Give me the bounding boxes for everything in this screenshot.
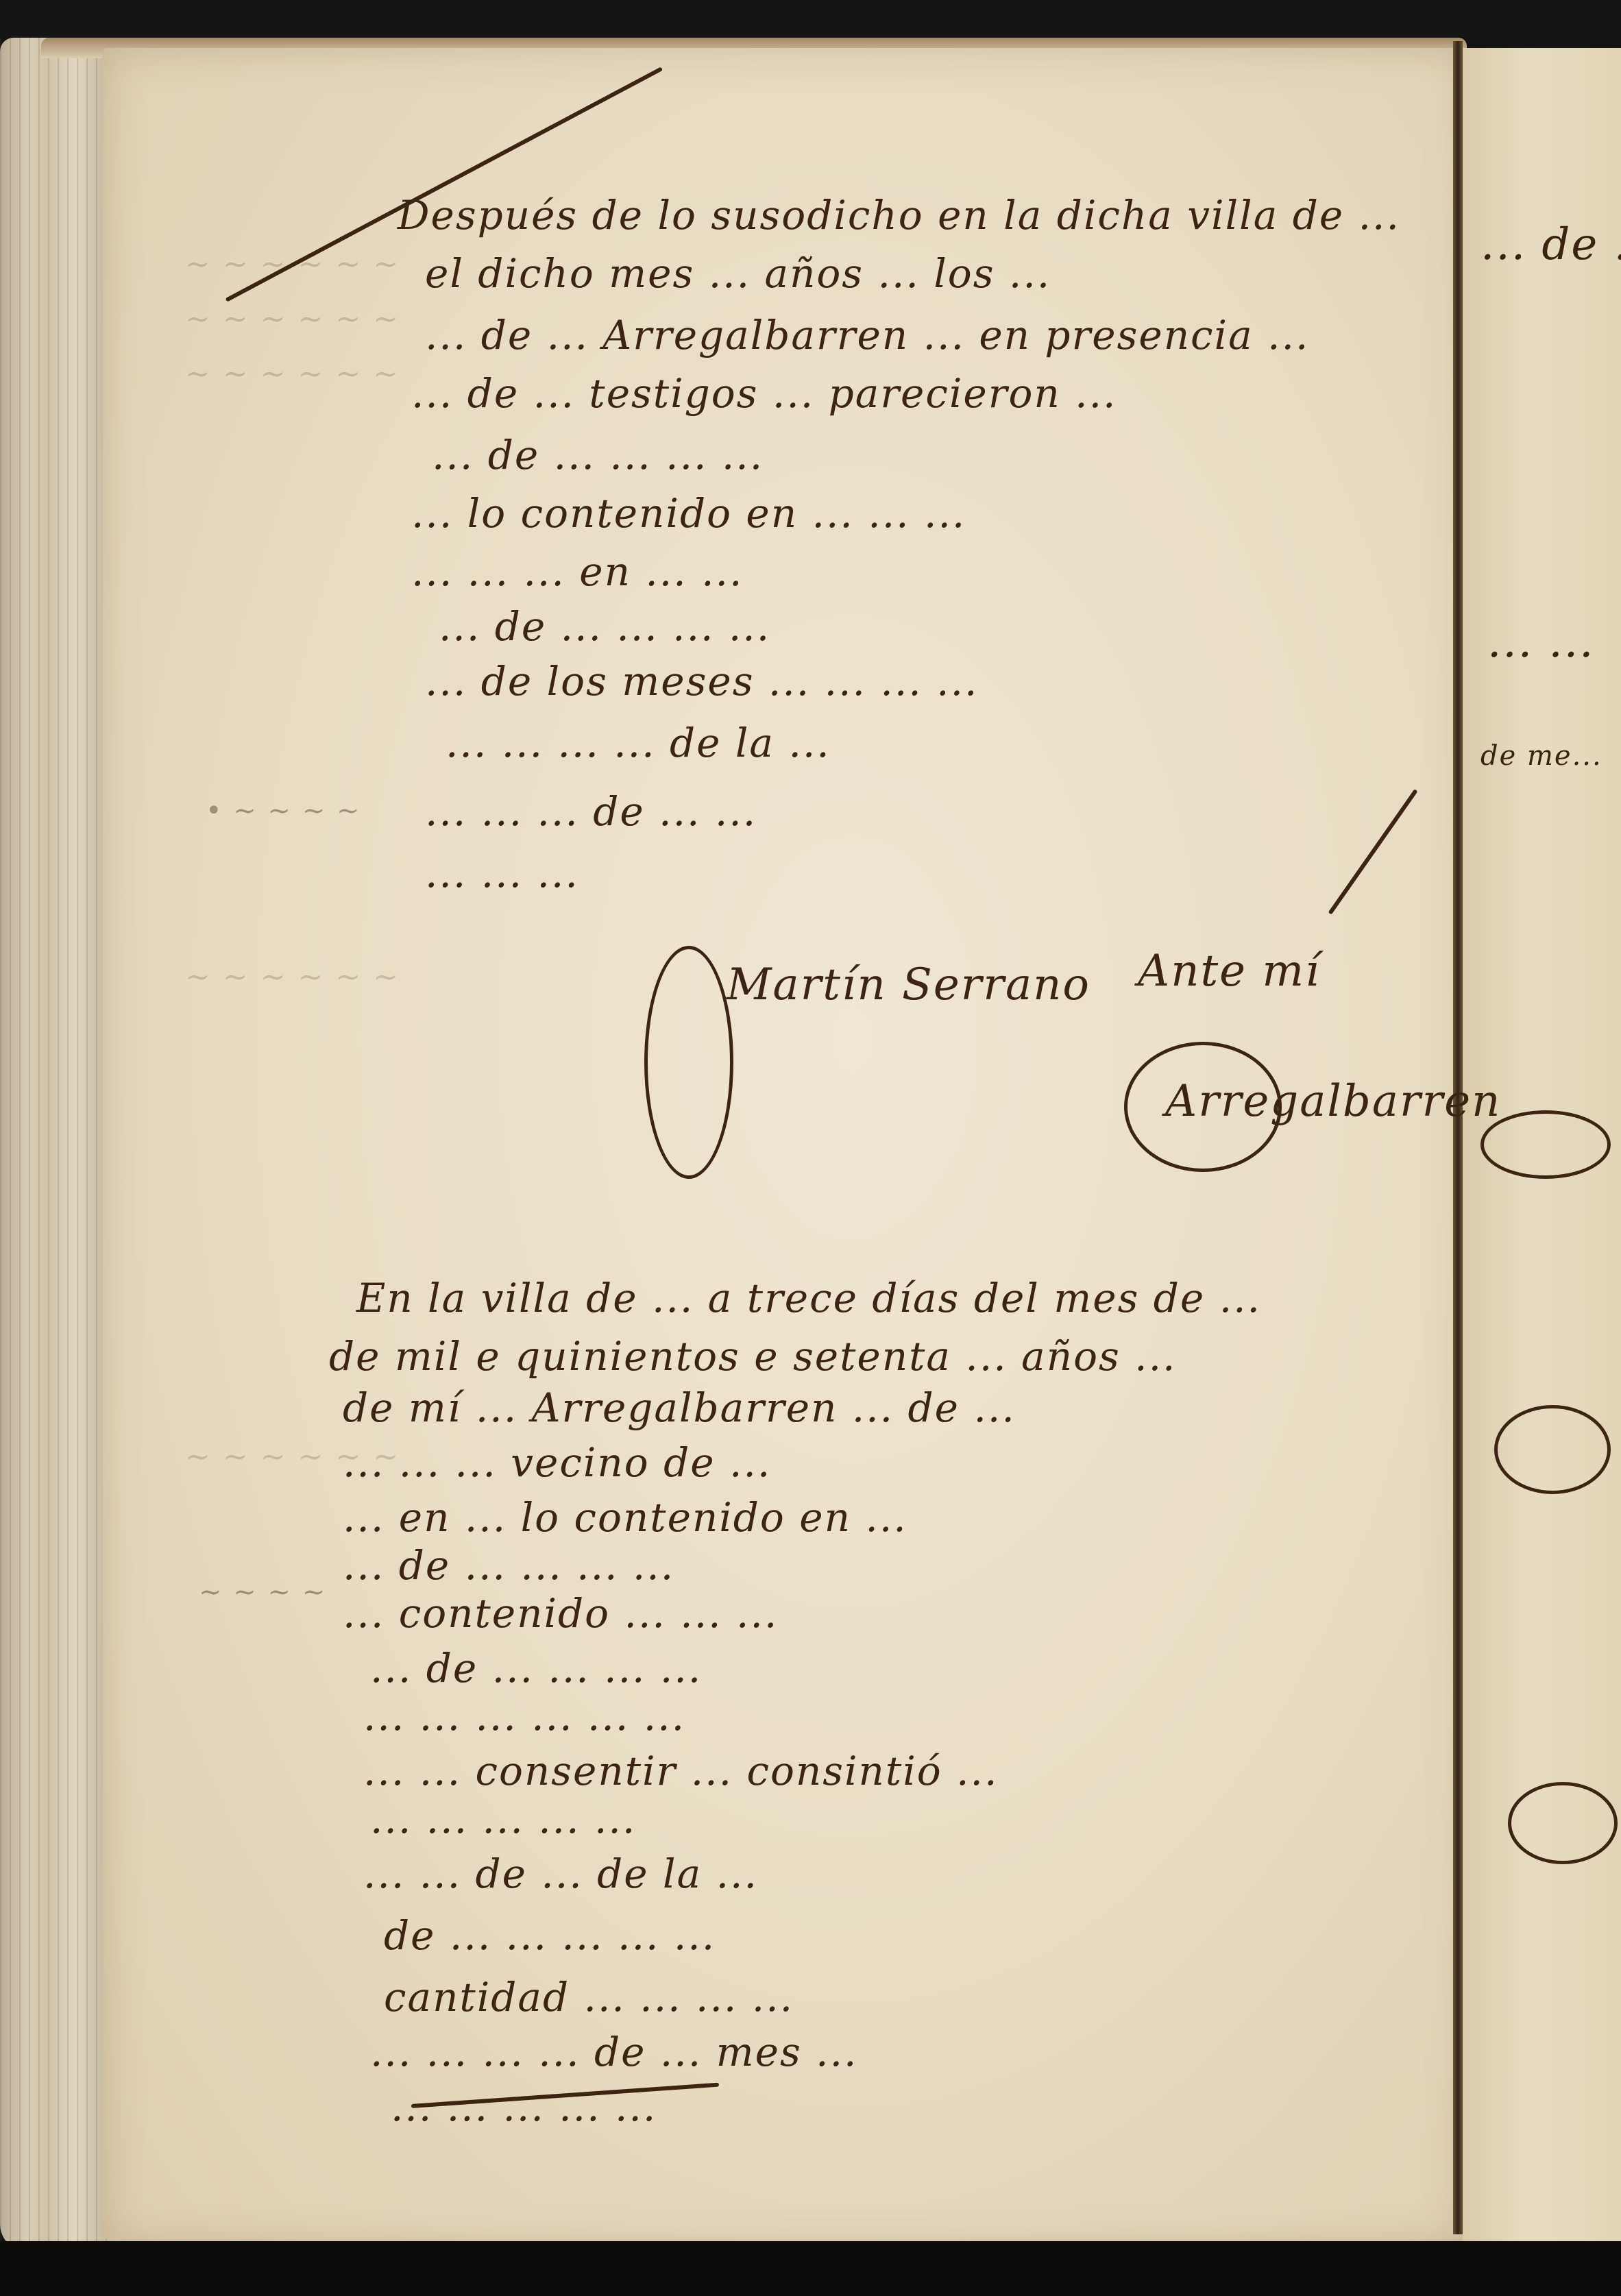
- text-line: de ... ... ... ... ...: [384, 1912, 716, 1959]
- text-line: de mí ... Arregalbarren ... de ...: [343, 1384, 1016, 1431]
- text-line: ... de ... ... ... ...: [432, 432, 764, 478]
- margin-note: ~ ~ ~ ~: [199, 1576, 326, 1608]
- bleed-through-text: ~ ~ ~ ~ ~ ~: [185, 960, 400, 994]
- right-page-text: ... de ...: [1480, 219, 1621, 270]
- right-page-flourish: [1480, 1110, 1611, 1179]
- bleed-through-text: ~ ~ ~ ~ ~ ~: [185, 302, 400, 337]
- text-line: ... ... ...: [425, 850, 579, 896]
- text-line: de mil e quinientos e setenta ... años .…: [329, 1333, 1177, 1380]
- text-line: ... ... ... en ... ...: [411, 548, 743, 595]
- text-line: ... contenido ... ... ...: [343, 1590, 778, 1637]
- text-line: ... ... ... ... de la ...: [446, 720, 831, 766]
- text-line: En la villa de ... a trece días del mes …: [356, 1275, 1261, 1321]
- text-line: cantidad ... ... ... ...: [384, 1974, 794, 2020]
- text-line: ... de ... ... ... ...: [370, 1645, 702, 1692]
- signature-martin: Martín Serrano: [727, 960, 1090, 1010]
- margin-note: • ~ ~ ~ ~: [206, 795, 361, 827]
- right-page-flourish: [1508, 1782, 1618, 1864]
- text-line: ... ... de ... de la ...: [363, 1851, 758, 1897]
- book-gutter: [1453, 41, 1463, 2234]
- text-line: ... de ... Arregalbarren ... en presenci…: [425, 312, 1309, 358]
- text-line: ... ... ... ... ... ...: [363, 1693, 685, 1739]
- right-page-text: de me...: [1480, 740, 1602, 772]
- text-line: el dicho mes ... años ... los ...: [425, 250, 1051, 297]
- text-line: ... de ... ... ... ...: [343, 1542, 674, 1589]
- text-line: ... de ... ... ... ...: [439, 603, 770, 650]
- signature-flourish: [1124, 1042, 1282, 1172]
- text-line: ... ... ... ... de ... mes ...: [370, 2029, 857, 2075]
- signature-ante-mi: Ante mí: [1138, 946, 1321, 997]
- text-line: ... de ... testigos ... parecieron ...: [411, 370, 1117, 417]
- right-page-flourish: [1494, 1405, 1611, 1494]
- text-line: ... en ... lo contenido en ...: [343, 1494, 907, 1541]
- text-line: ... ... ... vecino de ...: [343, 1439, 771, 1486]
- text-line: ... lo contenido en ... ... ...: [411, 490, 966, 537]
- bottom-shadow: [0, 2241, 1621, 2296]
- text-line: Después de lo susodicho en la dicha vill…: [398, 192, 1400, 239]
- text-line: ... ... ... ... ...: [370, 1796, 636, 1842]
- bleed-through-text: ~ ~ ~ ~ ~ ~: [185, 356, 400, 391]
- text-line: ... de los meses ... ... ... ...: [425, 658, 978, 705]
- right-page-text: ... ...: [1487, 617, 1594, 668]
- text-line: ... ... ... de ... ...: [425, 788, 757, 835]
- text-line: ... ... consentir ... consintió ...: [363, 1748, 998, 1794]
- signature-flourish: [644, 946, 733, 1179]
